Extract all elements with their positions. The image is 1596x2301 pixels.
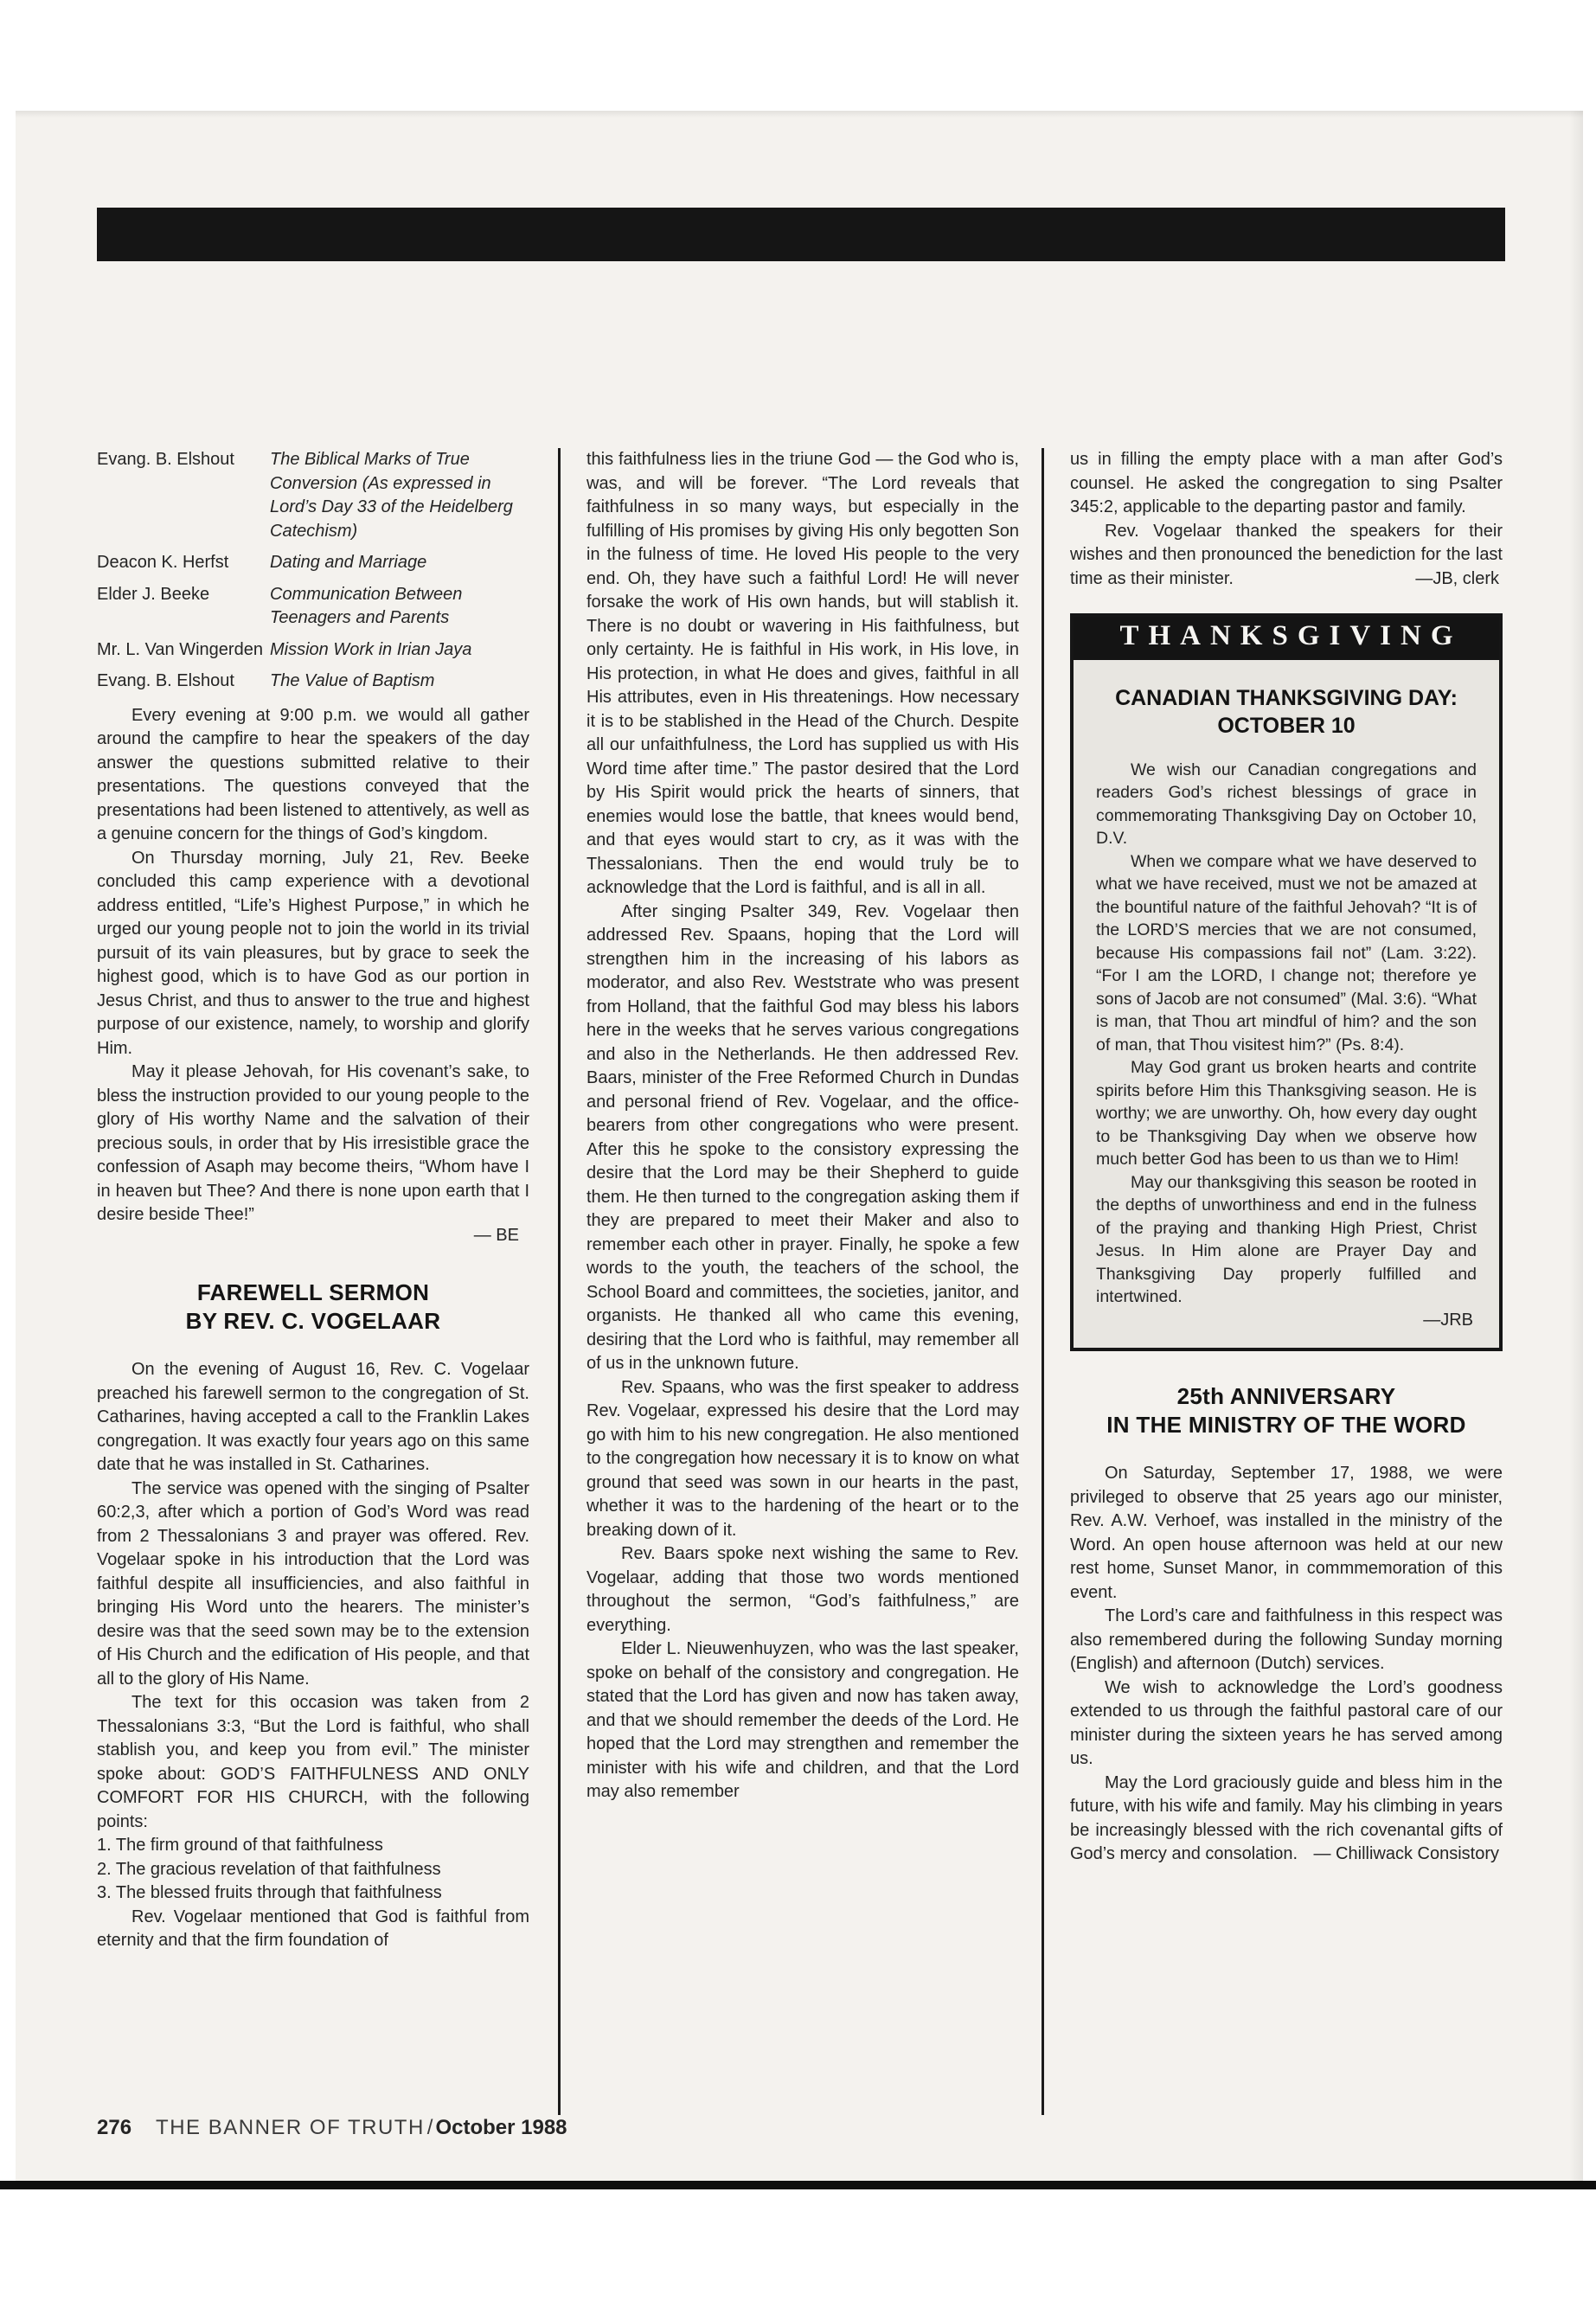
heading-line: IN THE MINISTRY OF THE WORD bbox=[1070, 1411, 1503, 1439]
column-2: this faithfulness lies in the triune God… bbox=[586, 448, 1019, 1804]
speaker-row: Elder J. Beeke Communication Between Tee… bbox=[97, 583, 529, 631]
paragraph: When we compare what we have deserved to… bbox=[1096, 850, 1477, 1057]
speaker-topic: The Value of Baptism bbox=[270, 670, 529, 694]
paragraph: After singing Psalter 349, Rev. Vogelaar… bbox=[586, 901, 1019, 1376]
speaker-name: Evang. B. Elshout bbox=[97, 448, 270, 543]
speaker-name: Elder J. Beeke bbox=[97, 583, 270, 631]
speaker-row: Deacon K. Herfst Dating and Marriage bbox=[97, 551, 529, 575]
heading-canadian-thanksgiving: CANADIAN THANKSGIVING DAY: OCTOBER 10 bbox=[1096, 684, 1477, 740]
speaker-topic: The Biblical Marks of True Conversion (A… bbox=[270, 448, 529, 543]
speaker-topic: Dating and Marriage bbox=[270, 551, 529, 575]
paragraph: May God grant us broken hearts and contr… bbox=[1096, 1056, 1477, 1171]
list-item: 1. The firm ground of that faithfulness bbox=[97, 1834, 529, 1858]
paragraph: We wish our Canadian congregations and r… bbox=[1096, 759, 1477, 850]
speaker-list: Evang. B. Elshout The Biblical Marks of … bbox=[97, 448, 529, 694]
page-footer: 276THE BANNER OF TRUTH/October 1988 bbox=[97, 2116, 567, 2140]
heading-25th-anniversary: 25th ANNIVERSARY IN THE MINISTRY OF THE … bbox=[1070, 1382, 1503, 1439]
thanksgiving-box-content: CANADIAN THANKSGIVING DAY: OCTOBER 10 We… bbox=[1074, 660, 1499, 1349]
paragraph: On the evening of August 16, Rev. C. Vog… bbox=[97, 1358, 529, 1477]
column-divider-rule bbox=[558, 448, 561, 2115]
footer-separator: / bbox=[427, 2116, 433, 2139]
speaker-topic: Communication Between Teenagers and Pare… bbox=[270, 583, 529, 631]
column-1: Evang. B. Elshout The Biblical Marks of … bbox=[97, 448, 529, 1953]
thanksgiving-box: THANKSGIVING CANADIAN THANKSGIVING DAY: … bbox=[1070, 613, 1503, 1351]
paragraph: On Thursday morning, July 21, Rev. Beeke… bbox=[97, 847, 529, 1061]
signature-jrb: —JRB bbox=[1096, 1309, 1477, 1333]
bottom-rule bbox=[0, 2181, 1596, 2189]
sermon-points-list: 1. The firm ground of that faithfulness … bbox=[97, 1834, 529, 1906]
paragraph: Rev. Vogelaar mentioned that God is fait… bbox=[97, 1906, 529, 1953]
paragraph: Rev. Spaans, who was the first speaker t… bbox=[586, 1376, 1019, 1543]
heading-farewell-sermon: FAREWELL SERMON BY REV. C. VOGELAAR bbox=[97, 1279, 529, 1336]
speaker-row: Evang. B. Elshout The Biblical Marks of … bbox=[97, 448, 529, 543]
paragraph: The text for this occasion was taken fro… bbox=[97, 1691, 529, 1834]
paragraph: Rev. Baars spoke next wishing the same t… bbox=[586, 1542, 1019, 1638]
paragraph: Elder L. Nieuwenhuyzen, who was the last… bbox=[586, 1638, 1019, 1804]
paragraph: Every evening at 9:00 p.m. we would all … bbox=[97, 704, 529, 847]
paragraph: The Lord’s care and faithfulness in this… bbox=[1070, 1605, 1503, 1676]
paragraph: We wish to acknowledge the Lord’s goodne… bbox=[1070, 1676, 1503, 1772]
footer-issue-date: October 1988 bbox=[435, 2116, 567, 2139]
heading-line: BY REV. C. VOGELAAR bbox=[97, 1307, 529, 1336]
paragraph: us in filling the empty place with a man… bbox=[1070, 448, 1503, 520]
paragraph: May our thanksgiving this season be root… bbox=[1096, 1171, 1477, 1309]
list-item: 3. The blessed fruits through that faith… bbox=[97, 1881, 529, 1906]
paragraph: On Saturday, September 17, 1988, we were… bbox=[1070, 1462, 1503, 1605]
column-divider-rule bbox=[1042, 448, 1044, 2115]
top-black-banner bbox=[97, 208, 1505, 261]
speaker-row: Mr. L. Van Wingerden Mission Work in Iri… bbox=[97, 638, 529, 663]
thanksgiving-banner: THANKSGIVING bbox=[1074, 617, 1499, 660]
speaker-topic: Mission Work in Irian Jaya bbox=[270, 638, 529, 663]
heading-line: CANADIAN THANKSGIVING DAY: bbox=[1096, 684, 1477, 712]
speaker-name: Deacon K. Herfst bbox=[97, 551, 270, 575]
heading-line: FAREWELL SERMON bbox=[97, 1279, 529, 1307]
signature-be: — BE bbox=[97, 1224, 529, 1248]
list-item: 2. The gracious revelation of that faith… bbox=[97, 1858, 529, 1882]
column-3: us in filling the empty place with a man… bbox=[1070, 448, 1503, 1867]
footer-magazine-title: THE BANNER OF TRUTH bbox=[156, 2116, 425, 2139]
paragraph: The service was opened with the singing … bbox=[97, 1477, 529, 1692]
speaker-name: Mr. L. Van Wingerden bbox=[97, 638, 270, 663]
scanned-magazine-page: Evang. B. Elshout The Biblical Marks of … bbox=[16, 111, 1583, 2181]
heading-line: 25th ANNIVERSARY bbox=[1070, 1382, 1503, 1411]
heading-line: OCTOBER 10 bbox=[1096, 712, 1477, 740]
footer-page-number: 276 bbox=[97, 2116, 131, 2139]
speaker-row: Evang. B. Elshout The Value of Baptism bbox=[97, 670, 529, 694]
paragraph: this faithfulness lies in the triune God… bbox=[586, 448, 1019, 901]
paragraph: May it please Jehovah, for His covenant’… bbox=[97, 1061, 529, 1227]
speaker-name: Evang. B. Elshout bbox=[97, 670, 270, 694]
